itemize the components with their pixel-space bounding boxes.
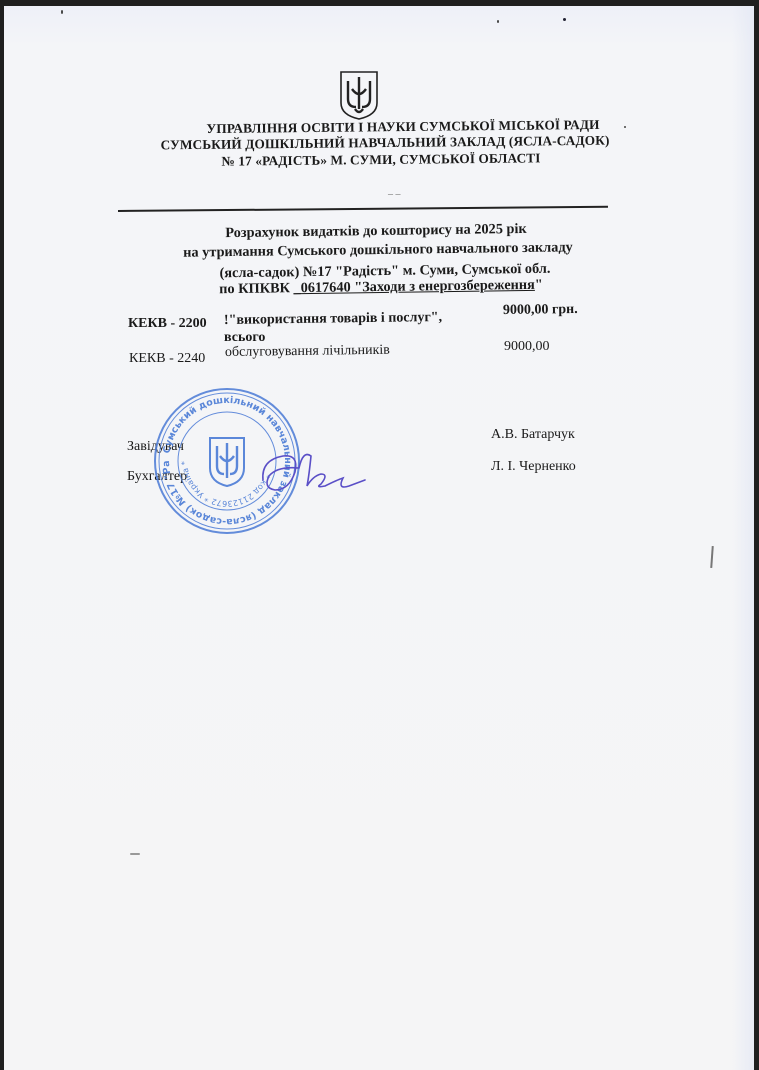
title-kpkvk-label: по КПКВК bbox=[219, 280, 294, 297]
item-amount: 9000,00 грн. bbox=[503, 302, 578, 319]
scan-speck bbox=[563, 18, 566, 21]
title-quote: " bbox=[535, 277, 543, 293]
handwritten-signature bbox=[259, 446, 369, 501]
item-description: обслуговування лічільників bbox=[225, 343, 390, 361]
decorative-dash: – – bbox=[388, 189, 401, 200]
scan-speck bbox=[130, 853, 140, 855]
svg-text:* код 21123672 * Україна *: * код 21123672 * Україна * bbox=[180, 461, 272, 508]
scan-speck bbox=[624, 126, 626, 128]
signature-name-accountant: Л. І. Черненко bbox=[491, 459, 576, 475]
item-description: !"використання товарів і послуг", bbox=[224, 310, 442, 329]
item-code: КЕКВ - 2200 bbox=[128, 316, 207, 332]
stamp-code-text: * код 21123672 * Україна * bbox=[180, 461, 272, 508]
header-divider bbox=[118, 206, 608, 212]
stamp-trident-icon bbox=[210, 438, 244, 486]
scan-speck bbox=[61, 10, 63, 14]
title-kpkvk-code: _0617640 "Заходи з енергозбереження bbox=[293, 277, 535, 296]
item-amount: 9000,00 bbox=[504, 339, 550, 355]
coat-of-arms-icon bbox=[338, 69, 380, 121]
signature-name-director: А.В. Батарчук bbox=[491, 427, 575, 443]
scan-speck bbox=[497, 20, 499, 23]
scan-mark bbox=[710, 546, 714, 568]
item-code: КЕКВ - 2240 bbox=[129, 351, 205, 367]
document-page: УПРАВЛІННЯ ОСВІТИ І НАУКИ СУМСЬКОЇ МІСЬК… bbox=[4, 6, 754, 1070]
